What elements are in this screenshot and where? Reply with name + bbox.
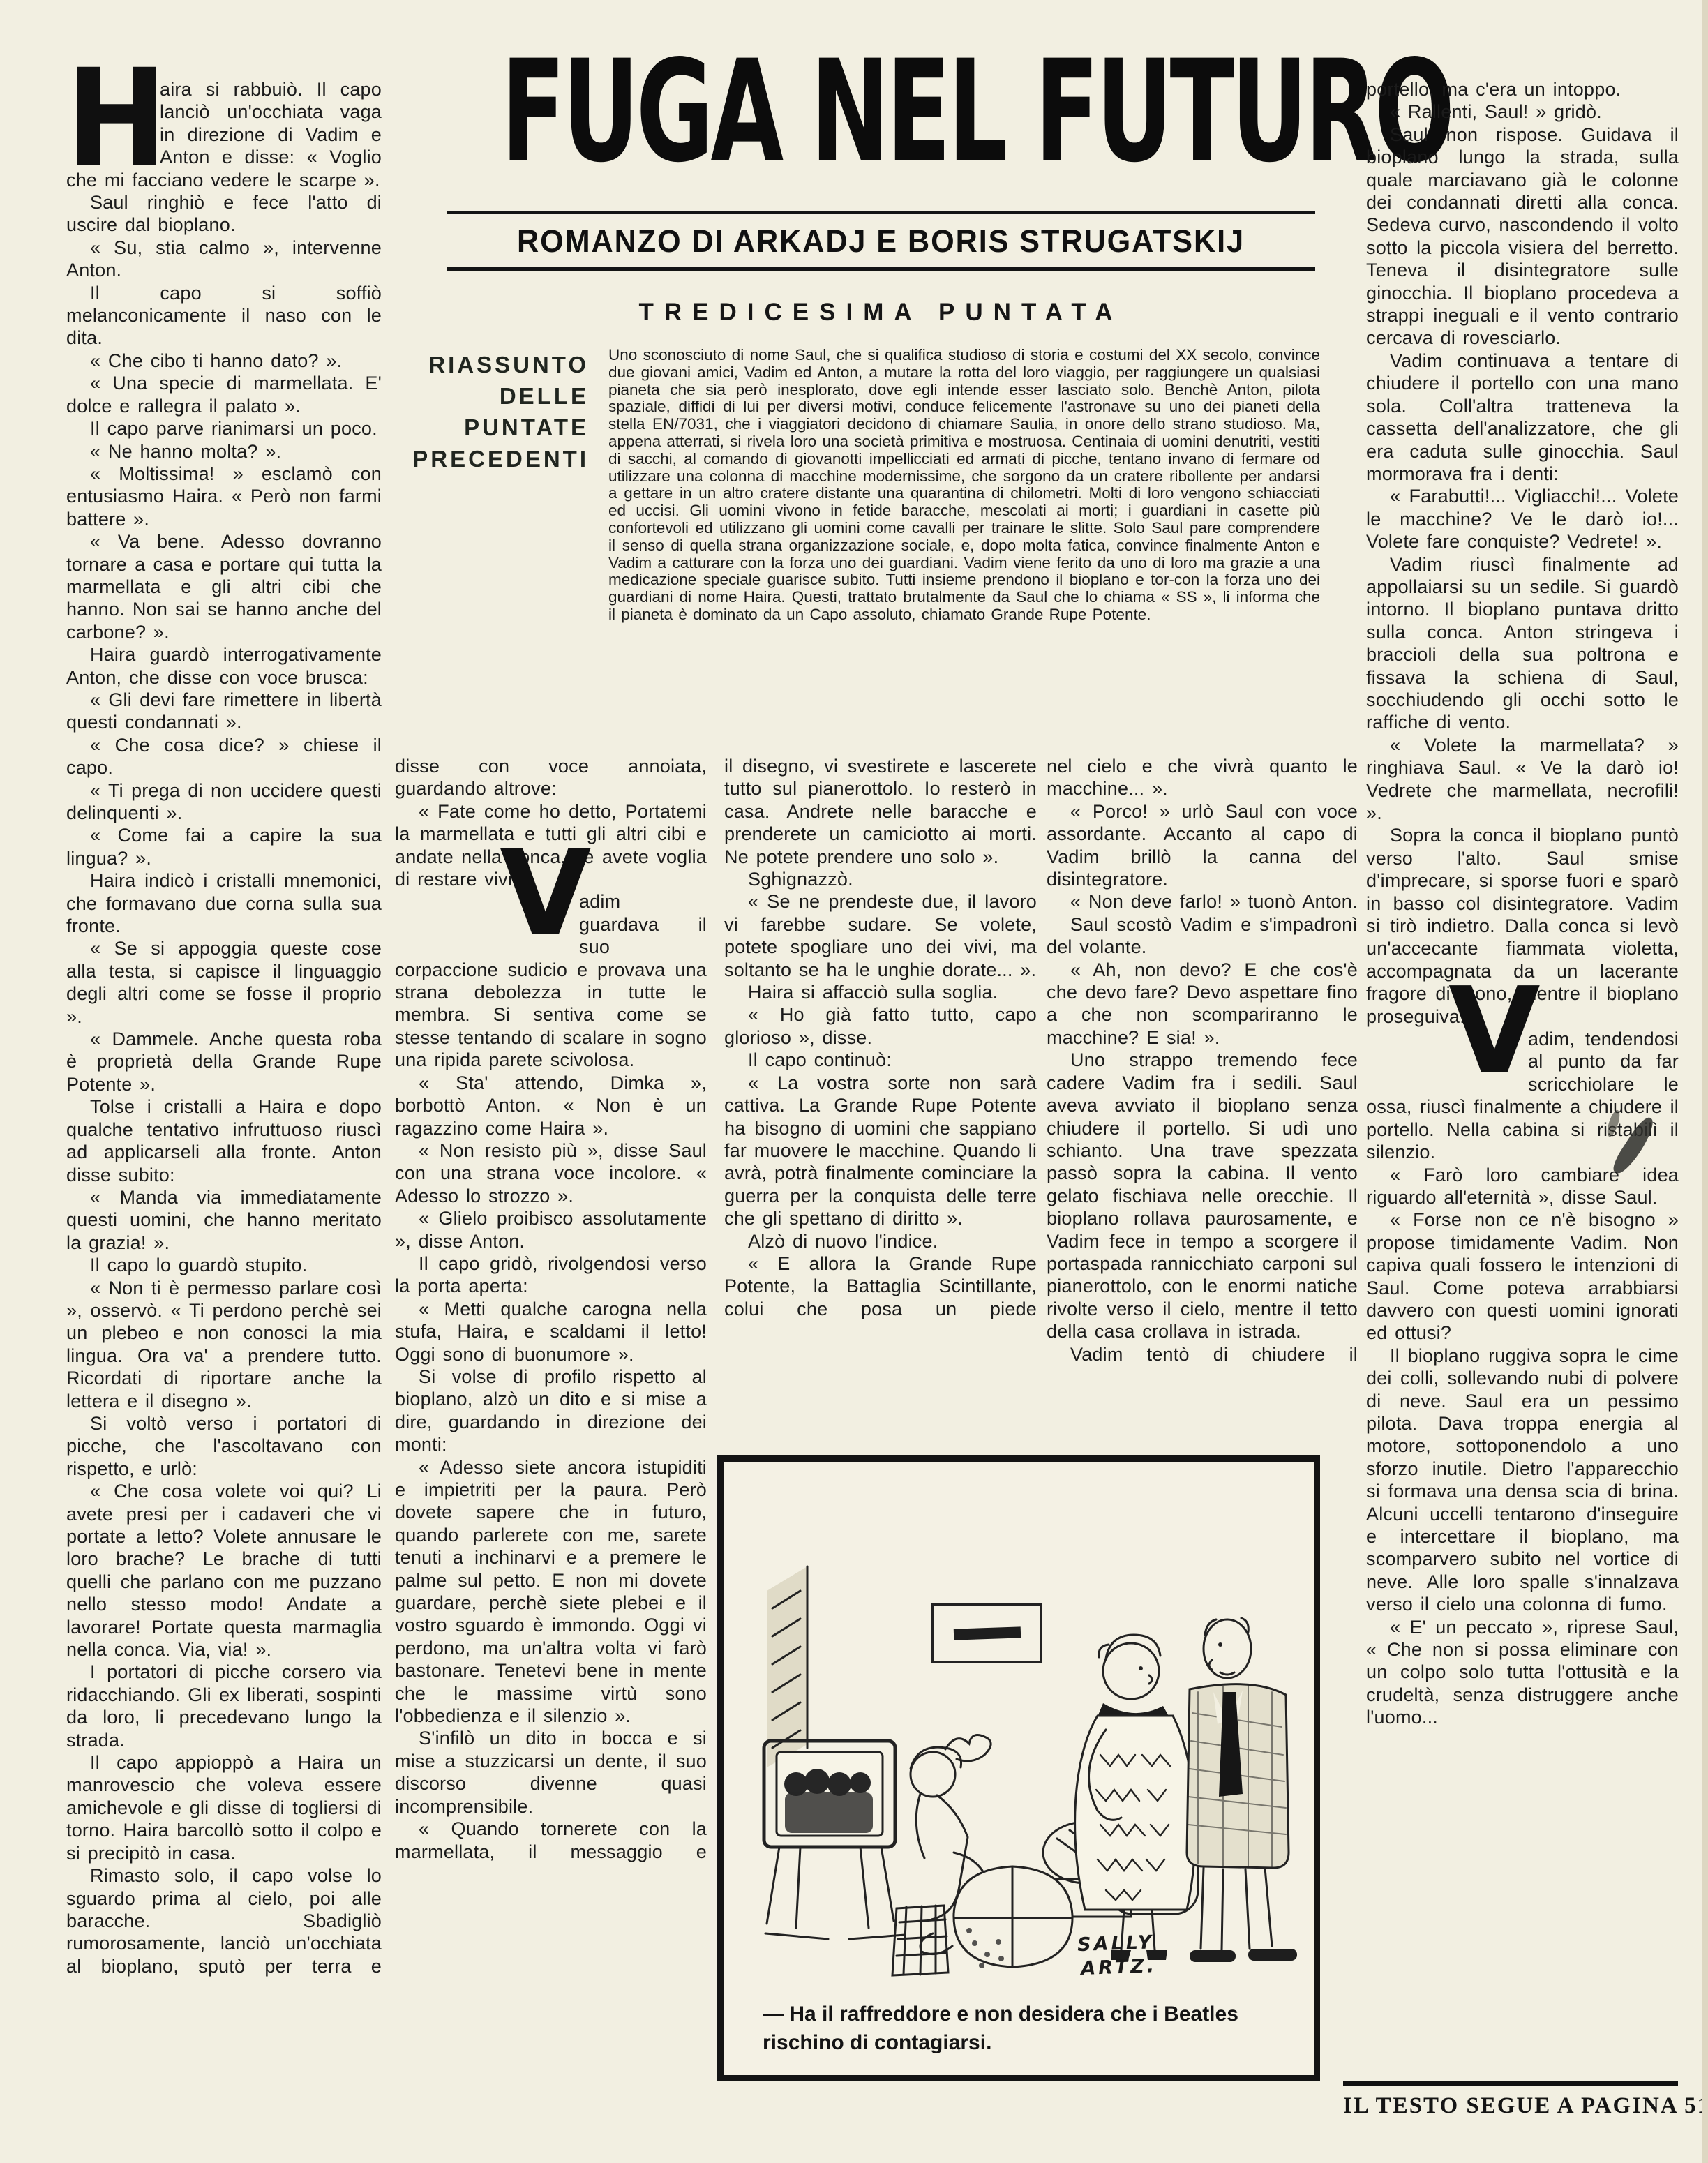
paragraph: Sghignazzò. — [724, 868, 1037, 890]
paragraph: « Che cosa volete voi qui? Li avete pres… — [66, 1480, 382, 1661]
paragraph-list: « Farò loro cambiare idea riguardo all'e… — [1366, 1164, 1679, 1729]
text-column-4: nel cielo e che vivrà quanto le macchine… — [1047, 755, 1358, 1454]
paragraph: « E allora la Grande Rupe Potente, la Ba… — [724, 1252, 1037, 1320]
paragraph: « Quando tornerete con la marmellata, il… — [395, 1818, 707, 1863]
page-title: FUGA NEL FUTURO — [501, 42, 1208, 182]
cartoon-caption: — Ha il raffreddore e non desidera che i… — [763, 2000, 1298, 2057]
paragraph: Alzò di nuovo l'indice. — [724, 1230, 1037, 1252]
paragraph: « Sta' attendo, Dimka », borbottò Anton.… — [395, 1072, 707, 1139]
paragraph: « Metti qualche carogna nella stufa, Hai… — [395, 1298, 707, 1365]
paragraph: Vadim riuscì finalmente ad appollaiarsi … — [1366, 553, 1679, 734]
recap-label-line: DELLE — [388, 380, 589, 412]
paragraph: portello, ma c'era un intoppo. — [1366, 78, 1679, 100]
paragraph-list: Saul ringhiò e fece l'atto di uscire dal… — [66, 191, 382, 1977]
paragraph: Il capo lo guardò stupito. — [66, 1254, 382, 1276]
paragraph-list: « Sta' attendo, Dimka », borbottò Anton.… — [395, 1072, 707, 1863]
paragraph: disse con voce annoiata, guardando altro… — [395, 755, 707, 800]
cartoon-signature-line1: SALLY — [1077, 1931, 1155, 1956]
paragraph: il disegno, vi svestirete e lascerete tu… — [724, 755, 1037, 868]
paragraph: Saul scostò Vadim e s'impadronì del vola… — [1047, 913, 1358, 959]
text-column-2: disse con voce annoiata, guardando altro… — [395, 755, 707, 1863]
dropcap-h: H — [66, 78, 149, 167]
paragraph: « Ah, non devo? E che cos'è che devo far… — [1047, 959, 1358, 1049]
paragraph: « Manda via immediatamente questi uomini… — [66, 1186, 382, 1254]
paragraph: Rimasto solo, il capo volse lo sguardo p… — [66, 1864, 382, 1977]
paragraph: « Che cosa dice? » chiese il capo. — [66, 734, 382, 779]
paragraph: « Su, stia calmo », intervenne Anton. — [66, 237, 382, 282]
text-column-3: il disegno, vi svestirete e lascerete tu… — [724, 755, 1037, 1454]
paragraph: « Moltissima! » esclamò con entusiasmo H… — [66, 463, 382, 530]
paragraph: « Volete la marmellata? » ringhiava Saul… — [1366, 734, 1679, 825]
recap-label-line: PRECEDENTI — [388, 443, 589, 474]
paragraph: nel cielo e che vivrà quanto le macchine… — [1047, 755, 1358, 800]
paragraph: « Farò loro cambiare idea riguardo all'e… — [1366, 1164, 1679, 1209]
paragraph: « Una specie di marmellata. E' dolce e r… — [66, 372, 382, 417]
section-paragraph: Vadim guardava il suo corpaccione sudici… — [395, 890, 707, 1071]
text-column-5: portello, ma c'era un intoppo.« Rallenti… — [1366, 78, 1679, 1729]
text-column-1: Haira si rabbuiò. Il capo lanciò un'occh… — [66, 78, 382, 1977]
byline-block: ROMANZO DI ARKADJ E BORIS STRUGATSKIJ — [447, 211, 1315, 271]
magazine-page: FUGA NEL FUTURO ROMANZO DI ARKADJ E BORI… — [0, 0, 1708, 2163]
paragraph: « E' un peccato », riprese Saul, « Che n… — [1366, 1616, 1679, 1729]
paragraph: « Va bene. Adesso dovranno tornare a cas… — [66, 530, 382, 643]
footer-rule — [1343, 2081, 1678, 2086]
paragraph: S'infilò un dito in bocca e si mise a st… — [395, 1727, 707, 1818]
recap-text: Uno sconosciuto di nome Saul, che si qua… — [608, 347, 1320, 624]
paragraph: Il bioplano ruggiva sopra le cime dei co… — [1366, 1345, 1679, 1616]
paragraph: Si volse di profilo rispetto al bioplano… — [395, 1365, 707, 1456]
paragraph: « Adesso siete ancora istupiditi e impie… — [395, 1456, 707, 1728]
paragraph: « Non resisto più », disse Saul con una … — [395, 1139, 707, 1207]
paragraph: Il capo appioppò a Haira un manrovescio … — [66, 1751, 382, 1864]
paragraph: Haira si affacciò sulla soglia. — [724, 981, 1037, 1003]
paragraph: Vadim tentò di chiudere il — [1047, 1343, 1358, 1365]
paragraph: « Glielo proibisco assolutamente », diss… — [395, 1207, 707, 1252]
dropcap-v: V — [500, 890, 569, 936]
opening-paragraph: Haira si rabbuiò. Il capo lanciò un'occh… — [66, 78, 382, 191]
installment-heading: TREDICESIMA PUNTATA — [447, 299, 1315, 327]
paragraph: « Rallenti, Saul! » gridò. — [1366, 100, 1679, 123]
paragraph: Il capo gridò, rivolgendosi verso la por… — [395, 1252, 707, 1298]
paragraph: « Che cibo ti hanno dato? ». — [66, 350, 382, 372]
byline-rule-bottom — [447, 267, 1315, 271]
paragraph: « Farabutti!... Vigliacchi!... Volete le… — [1366, 485, 1679, 553]
cartoon-signature-line2: ARTZ. — [1079, 1955, 1158, 1979]
paragraph: « Non ti è permesso parlare così », osse… — [66, 1277, 382, 1412]
byline: ROMANZO DI ARKADJ E BORIS STRUGATSKIJ — [464, 214, 1298, 267]
dropcap-v: V — [1448, 1028, 1518, 1074]
paragraph: Il capo parve rianimarsi un poco. — [66, 417, 382, 440]
paragraph: Il capo continuò: — [724, 1049, 1037, 1071]
paragraph: « Come fai a capire la sua lingua? ». — [66, 824, 382, 869]
continuation-notice: IL TESTO SEGUE A PAGINA 51 — [1343, 2093, 1678, 2119]
paragraph: Tolse i cristalli a Haira e dopo qualche… — [66, 1095, 382, 1186]
paragraph: Uno strappo tremendo fece cadere Vadim f… — [1047, 1049, 1358, 1342]
paragraph-list: portello, ma c'era un intoppo.« Rallenti… — [1366, 78, 1679, 1028]
paragraph: « Gli devi fare rimettere in libertà que… — [66, 689, 382, 734]
paragraph: Haira guardò interrogativamente Anton, c… — [66, 643, 382, 689]
paragraph: « Ho già fatto tutto, capo glorioso », d… — [724, 1003, 1037, 1049]
paragraph: « Se ne prendeste due, il lavoro vi fare… — [724, 890, 1037, 981]
recap-label-line: RIASSUNTO — [388, 349, 589, 380]
paragraph: « Ti prega di non uccidere questi delinq… — [66, 779, 382, 825]
cartoon-illustration: SALLY ARTZ. — [724, 1462, 1314, 1992]
paragraph: Vadim continuava a tentare di chiudere i… — [1366, 350, 1679, 485]
paragraph: Si voltò verso i portatori di picche, ch… — [66, 1412, 382, 1480]
paragraph: « Ne hanno molta? ». — [66, 440, 382, 463]
paragraph: « Porco! » urlò Saul con voce assordante… — [1047, 800, 1358, 891]
recap-label: RIASSUNTO DELLE PUNTATE PRECEDENTI — [388, 349, 589, 474]
paragraph: Saul non rispose. Guidava il bioplano lu… — [1366, 124, 1679, 350]
paragraph-list: nel cielo e che vivrà quanto le macchine… — [1047, 755, 1358, 1365]
recap-label-line: PUNTATE — [388, 412, 589, 443]
paragraph-list: il disegno, vi svestirete e lascerete tu… — [724, 755, 1037, 1320]
paragraph: Haira indicò i cristalli mnemonici, che … — [66, 869, 382, 937]
cartoon-panel: SALLY ARTZ. — Ha il raffreddore e non de… — [717, 1455, 1320, 2081]
paragraph: « La vostra sorte non sarà cattiva. La G… — [724, 1072, 1037, 1230]
paragraph: « Dammele. Anche questa roba è proprietà… — [66, 1028, 382, 1095]
paragraph: « Forse non ce n'è bisogno » propose tim… — [1366, 1208, 1679, 1344]
paragraph: Il capo si soffiò melanconicamente il na… — [66, 282, 382, 350]
paragraph: « Se si appoggia queste cose alla testa,… — [66, 937, 382, 1028]
paragraph: I portatori di picche corsero via ridacc… — [66, 1661, 382, 1751]
paragraph: Saul ringhiò e fece l'atto di uscire dal… — [66, 191, 382, 237]
paragraph: « Non deve farlo! » tuonò Anton. — [1047, 890, 1358, 913]
